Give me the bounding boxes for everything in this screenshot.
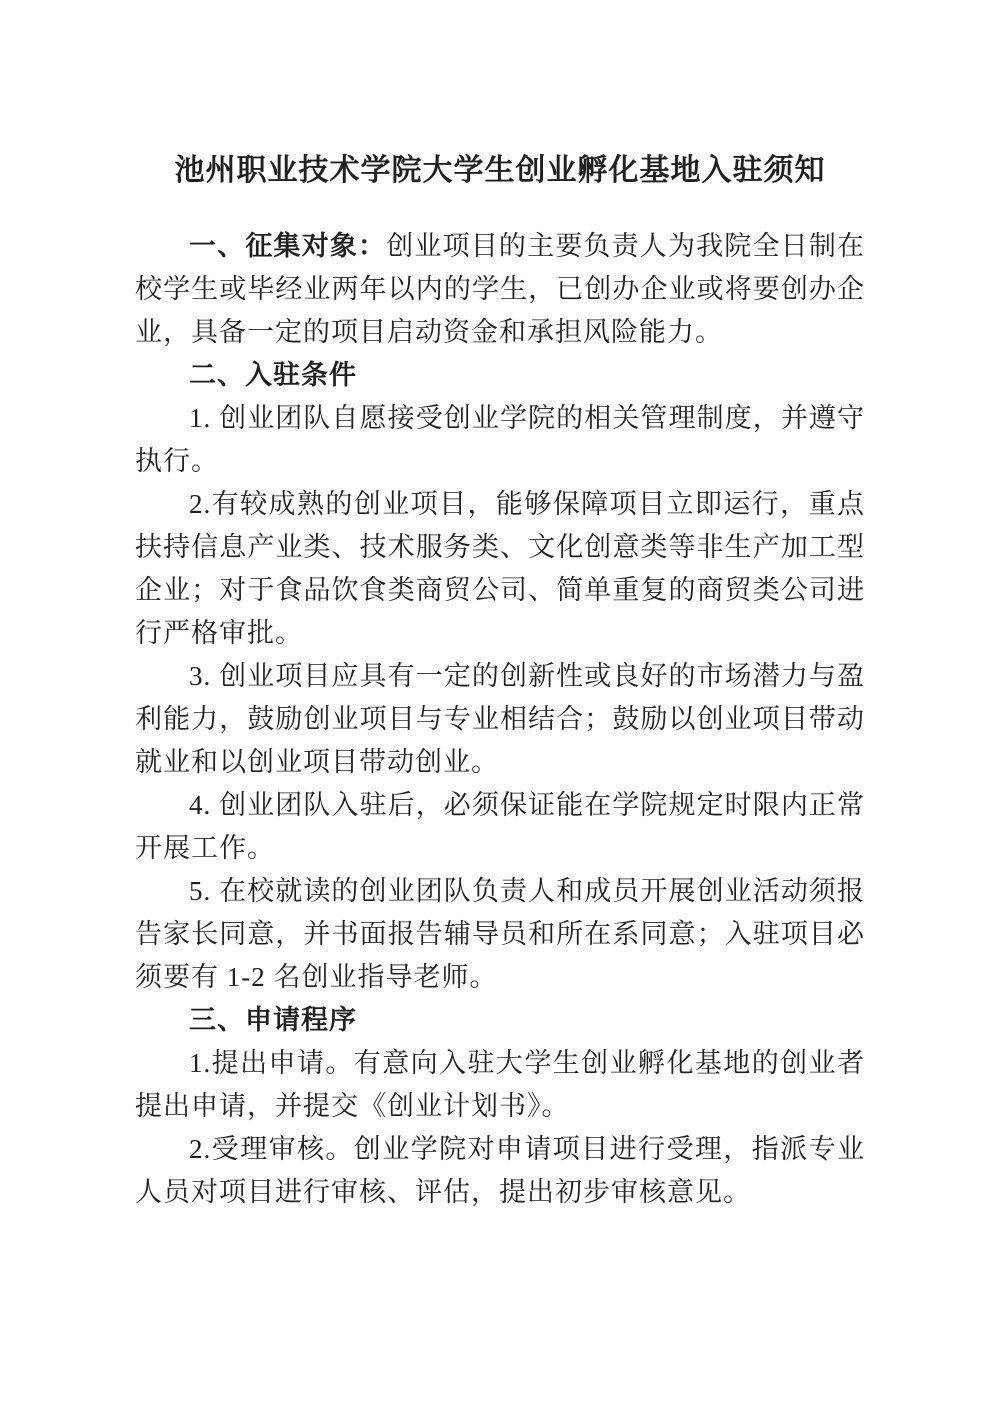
paragraph: 5. 在校就读的创业团队负责人和成员开展创业活动须报告家长同意，并书面报告辅导员… (135, 870, 865, 999)
section-heading: 二、入驻条件 (135, 354, 865, 397)
paragraph: 一、征集对象：创业项目的主要负责人为我院全日制在校学生或毕经业两年以内的学生，已… (135, 225, 865, 354)
paragraph-lead-label: 一、征集对象： (189, 231, 386, 261)
paragraph: 1. 创业团队自愿接受创业学院的相关管理制度，并遵守执行。 (135, 397, 865, 483)
section-heading: 三、申请程序 (135, 999, 865, 1042)
paragraph: 2.有较成熟的创业项目，能够保障项目立即运行，重点扶持信息产业类、技术服务类、文… (135, 483, 865, 655)
paragraph: 3. 创业项目应具有一定的创新性或良好的市场潜力与盈利能力，鼓励创业项目与专业相… (135, 655, 865, 784)
document-body: 一、征集对象：创业项目的主要负责人为我院全日制在校学生或毕经业两年以内的学生，已… (135, 225, 865, 1214)
document-page: 池州职业技术学院大学生创业孵化基地入驻须知 一、征集对象：创业项目的主要负责人为… (0, 0, 1000, 1415)
paragraph: 1.提出申请。有意向入驻大学生创业孵化基地的创业者提出申请，并提交《创业计划书》… (135, 1042, 865, 1128)
paragraph: 2.受理审核。创业学院对申请项目进行受理，指派专业人员对项目进行审核、评估，提出… (135, 1128, 865, 1214)
document-title: 池州职业技术学院大学生创业孵化基地入驻须知 (135, 150, 865, 192)
paragraph: 4. 创业团队入驻后，必须保证能在学院规定时限内正常开展工作。 (135, 784, 865, 870)
